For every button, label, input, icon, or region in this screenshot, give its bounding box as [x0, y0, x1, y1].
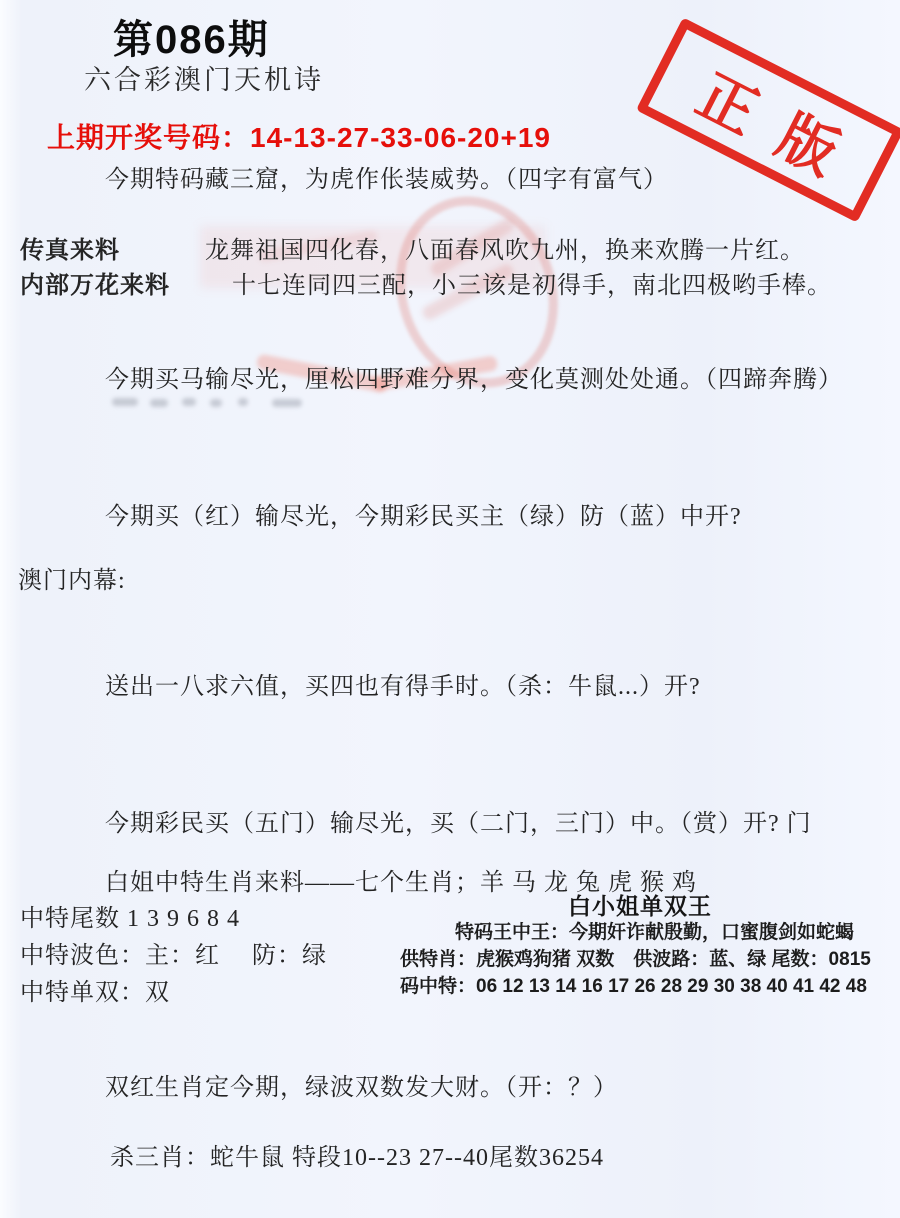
- last-draw-numbers: 上期开奖号码：14-13-27-33-06-20+19: [47, 121, 551, 155]
- special-odd-even: 中特单双：双: [20, 979, 170, 1008]
- document-page: 第086期 六合彩澳门天机诗 上期开奖号码：14-13-27-33-06-20+…: [0, 0, 900, 1218]
- internal-label: 内部万花来料: [20, 272, 170, 301]
- issue-number: 第086期: [113, 16, 270, 64]
- double-red-tip: 双红生肖定今期，绿波双数发大财。（开：？）: [105, 1074, 618, 1103]
- erased-text-smudge: [210, 399, 222, 407]
- macau-insider-label: 澳门内幕:: [18, 567, 126, 596]
- king-of-kings-line: 特码王中王：今期奸诈献殷勤，口蜜腹剑如蛇蝎: [455, 922, 854, 945]
- offer-zodiac-line: 供特肖：虎猴鸡狗猪 双数 供波路：蓝、绿 尾数：0815: [400, 949, 871, 972]
- erased-text-smudge: [150, 399, 168, 407]
- color-tip: 今期买（红）输尽光，今期彩民买主（绿）防（蓝）中开?: [105, 503, 742, 532]
- erased-text-smudge: [272, 399, 302, 407]
- white-lady-title: 白小姐单双王: [568, 893, 712, 921]
- door-tip: 今期彩民买（五门）输尽光，买（二门，三门）中。（赏）开? 门: [105, 810, 812, 839]
- fax-label: 传真来料: [20, 237, 120, 266]
- fax-poem: 龙舞祖国四化春，八面春风吹九州，换来欢腾一片红。: [205, 237, 805, 266]
- erased-text-smudge: [182, 398, 196, 406]
- value-tip: 送出一八求六值，买四也有得手时。（杀：牛鼠...）开?: [105, 673, 701, 702]
- code-numbers-line: 码中特：06 12 13 14 16 17 26 28 29 30 38 40 …: [400, 976, 867, 999]
- kill-three-zodiac-tip: 杀三肖：蛇牛鼠 特段10--23 27--40尾数36254: [110, 1144, 604, 1173]
- special-tail-numbers: 中特尾数 1 3 9 6 8 4: [20, 905, 240, 934]
- erased-text-smudge: [112, 398, 138, 406]
- special-wave-color: 中特波色：主：红 防：绿: [20, 942, 327, 971]
- genuine-stamp: 正版: [636, 17, 900, 222]
- internal-poem: 十七连同四三配，小三该是初得手，南北四极哟手棒。: [232, 272, 832, 301]
- horse-tip: 今期买马输尽光，厘松四野难分界，变化莫测处处通。（四蹄奔腾）: [105, 366, 843, 395]
- doc-title: 六合彩澳门天机诗: [84, 64, 324, 96]
- special-code-tip: 今期特码藏三窟，为虎作伥装威势。（四字有富气）: [105, 166, 668, 195]
- erased-text-smudge: [238, 398, 248, 406]
